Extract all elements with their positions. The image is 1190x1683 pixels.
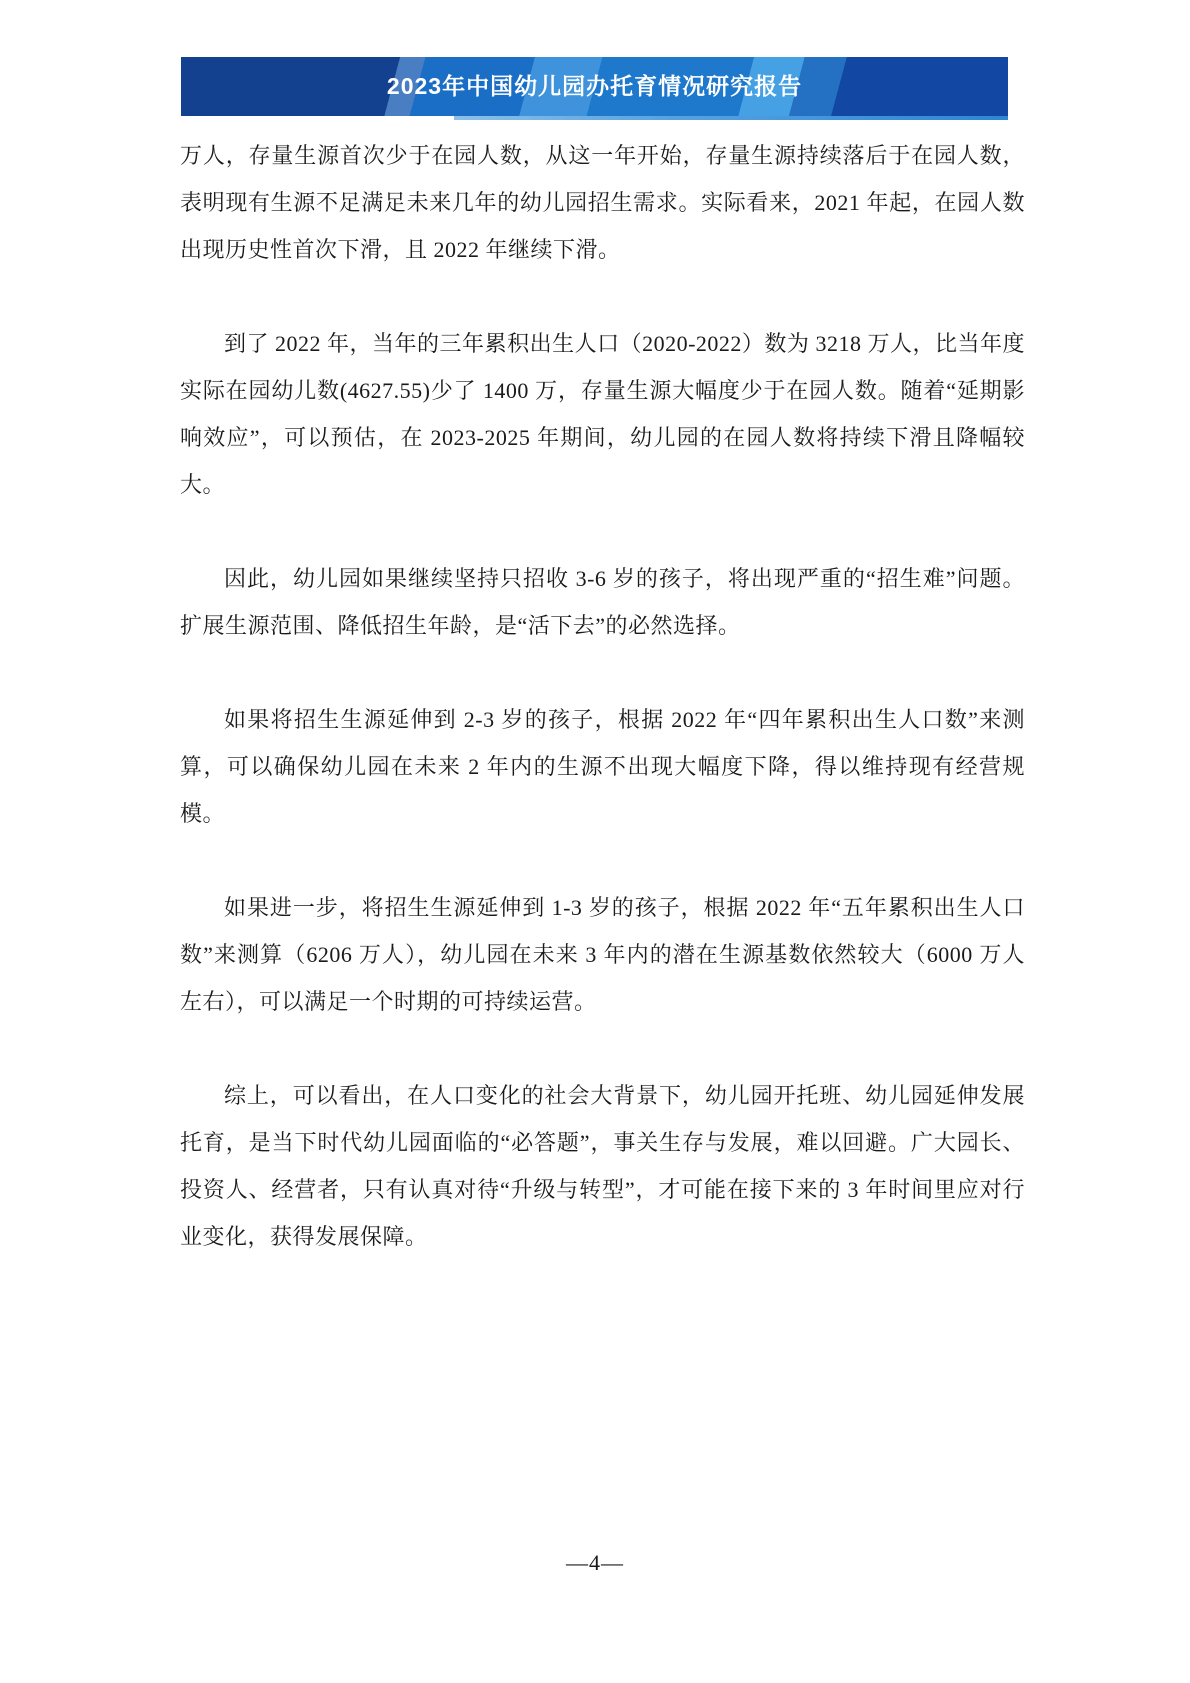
paragraph: 如果进一步，将招生生源延伸到 1-3 岁的孩子，根据 2022 年“五年累积出生… — [180, 884, 1025, 1025]
banner-accent-strip — [454, 116, 1008, 120]
paragraph: 因此，幼儿园如果继续坚持只招收 3-6 岁的孩子，将出现严重的“招生难”问题。扩… — [180, 555, 1025, 649]
report-title: 2023年中国幼儿园办托育情况研究报告 — [387, 57, 802, 116]
body-text: 万人，存量生源首次少于在园人数，从这一年开始，存量生源持续落后于在园人数，表明现… — [180, 132, 1025, 1307]
page-number: —4— — [0, 1550, 1190, 1576]
paragraph: 到了 2022 年，当年的三年累积出生人口（2020-2022）数为 3218 … — [180, 320, 1025, 508]
paragraph: 综上，可以看出，在人口变化的社会大背景下，幼儿园开托班、幼儿园延伸发展托育，是当… — [180, 1072, 1025, 1260]
header-banner: 2023年中国幼儿园办托育情况研究报告 — [181, 57, 1008, 116]
paragraph: 如果将招生生源延伸到 2-3 岁的孩子，根据 2022 年“四年累积出生人口数”… — [180, 696, 1025, 837]
report-page: 2023年中国幼儿园办托育情况研究报告 万人，存量生源首次少于在园人数，从这一年… — [0, 0, 1190, 1683]
paragraph: 万人，存量生源首次少于在园人数，从这一年开始，存量生源持续落后于在园人数，表明现… — [180, 132, 1025, 273]
